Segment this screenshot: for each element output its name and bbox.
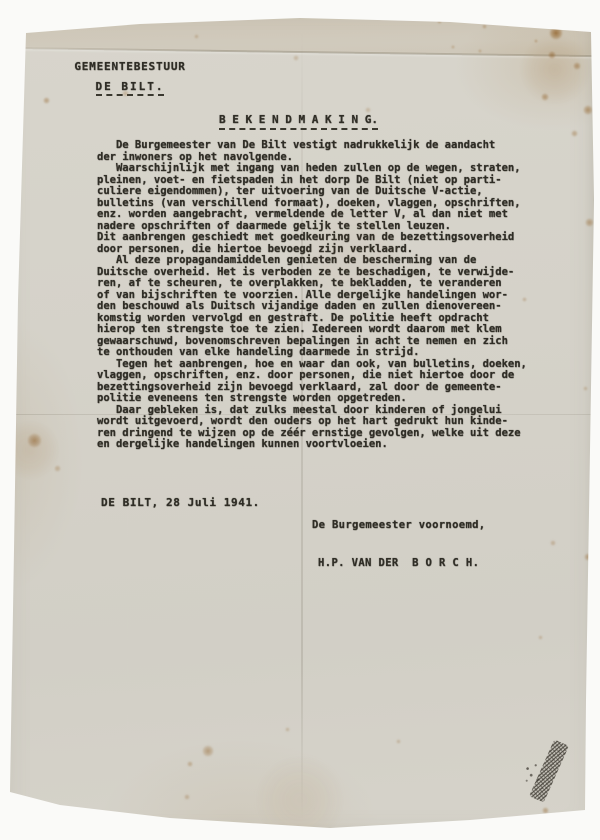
signature-name: H.P. VAN DER B O R C H. <box>318 557 479 569</box>
body-paragraph: Waarschijnlijk met ingang van heden zull… <box>97 163 527 232</box>
document-title-text: B E K E N D M A K I N G. <box>219 113 378 130</box>
signoff-line: De Burgemeester voornoemd, <box>312 519 485 531</box>
scanned-document: GEMEENTEBESTUUR DE BILT. B E K E N D M A… <box>0 0 600 840</box>
letterhead-org: GEMEENTEBESTUUR <box>74 60 186 73</box>
letterhead-place-text: DE BILT. <box>96 80 165 96</box>
document-title: B E K E N D M A K I N G. <box>219 108 378 130</box>
stain <box>121 815 127 821</box>
letterhead-place: DE BILT. <box>74 75 186 96</box>
body-paragraph: De Burgemeester van De Bilt vestigt nadr… <box>97 140 527 163</box>
ink-speckles <box>524 762 542 784</box>
paper-sheet: GEMEENTEBESTUUR DE BILT. B E K E N D M A… <box>0 0 600 840</box>
body-paragraph: Dit aanbrengen geschiedt met goedkeuring… <box>97 232 527 255</box>
letterhead: GEMEENTEBESTUUR DE BILT. <box>74 60 186 96</box>
document-body: De Burgemeester van De Bilt vestigt nadr… <box>97 140 527 451</box>
stain <box>564 816 571 823</box>
document-content: GEMEENTEBESTUUR DE BILT. B E K E N D M A… <box>0 0 600 840</box>
place-date-line: DE BILT, 28 Juli 1941. <box>101 496 260 509</box>
body-paragraph: Daar gebleken is, dat zulks meestal door… <box>97 405 527 451</box>
body-paragraph: Tegen het aanbrengen, hoe en waar dan oo… <box>97 359 527 405</box>
body-paragraph: Al deze propagandamiddelen genieten de b… <box>97 255 527 359</box>
